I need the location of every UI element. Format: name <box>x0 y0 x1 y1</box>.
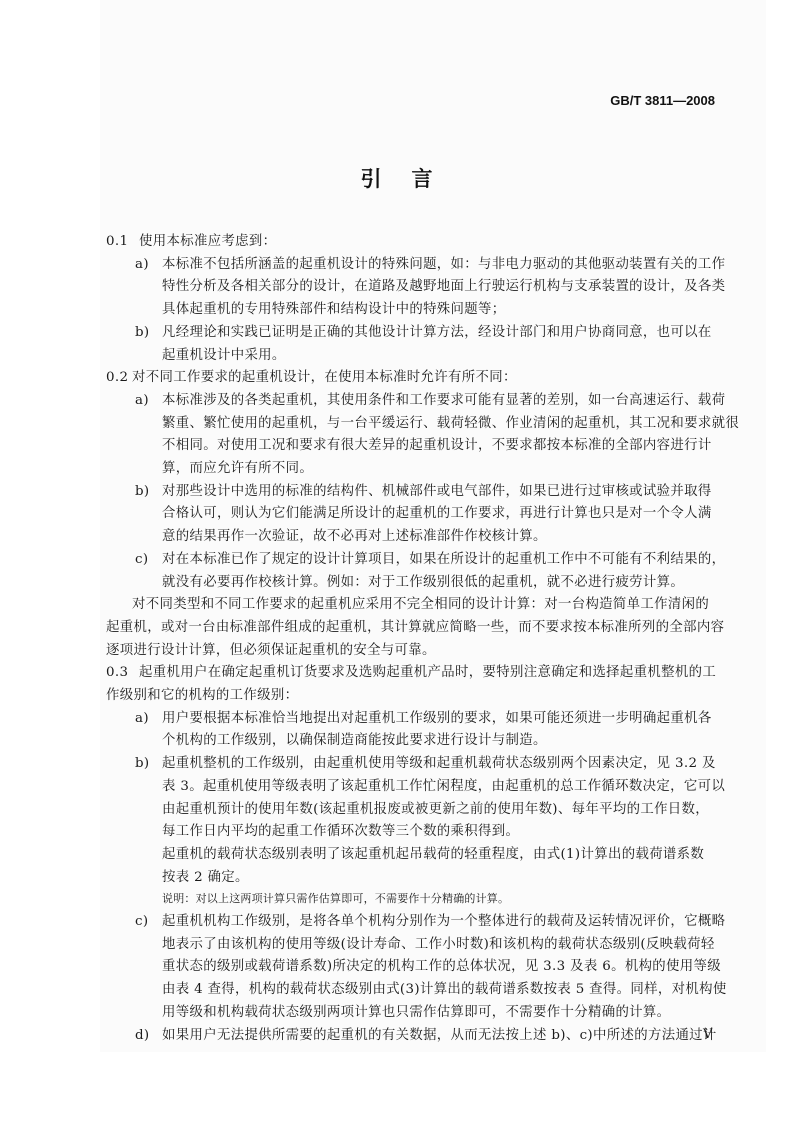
item-text: 重状态的级别或载荷谱系数)所决定的机构工作的总体状况，见 3.3 及表 6。机构… <box>162 956 721 979</box>
section-number: 0.3 <box>106 662 128 685</box>
item-text: 用户要根据本标准恰当地提出对起重机工作级别的要求，如果可能还须进一步明确起重机各 <box>162 708 712 731</box>
item-text: 由起重机预计的使用年数(该起重机报废或被更新之前的使用年数)、每年平均的工作日数… <box>162 799 709 822</box>
item-text: 每工作日内平均的起重工作循环次数等三个数的乘积得到。 <box>162 821 519 844</box>
item-text: 起重机机构工作级别，是将各单个机构分别作为一个整体进行的载荷及运转情况评价，它概… <box>162 911 725 934</box>
item-label: d) <box>135 1025 150 1048</box>
item-label: c) <box>135 549 148 572</box>
item-text: 不相同。对使用工况和要求有很大差异的起重机设计，不要求都按本标准的全部内容进行计 <box>162 435 712 458</box>
paragraph-text: 逐项进行设计计算，但必须保证起重机的安全与可靠。 <box>106 640 436 663</box>
item-text: 起重机设计中采用。 <box>162 345 286 368</box>
item-label: a) <box>135 708 149 731</box>
page-number: V <box>703 1027 712 1042</box>
title-char-2: 言 <box>412 163 433 193</box>
item-text: 用等级和机构载荷状态级别两项计算也只需作估算即可，不需要作十分精确的计算。 <box>162 1002 670 1025</box>
item-text: 特性分析及各相关部分的设计，在道路及越野地面上行驶运行机构与支承装置的设计，及各… <box>162 276 725 299</box>
standard-code: GB/T 3811—2008 <box>610 93 715 108</box>
section-number: 0.1 <box>106 231 128 254</box>
item-text: 如果用户无法提供所需要的起重机的有关数据，从而无法按上述 b)、c)中所述的方法… <box>162 1025 717 1048</box>
item-text: 地表示了由该机构的使用等级(设计寿命、工作小时数)和该机构的载荷状态级别(反映载… <box>162 934 715 957</box>
title-char-1: 引 <box>361 163 382 193</box>
item-text: 对在本标准已作了规定的设计计算项目，如果在所设计的起重机工作中不可能有不利结果的… <box>162 549 725 572</box>
page-title: 引言 <box>0 163 793 193</box>
item-text: 表 3。起重机使用等级表明了该起重机工作忙闲程度，由起重机的总工作循环数决定，它… <box>162 776 725 799</box>
item-text: 本标准涉及的各类起重机，其使用条件和工作要求可能有显著的差别，如一台高速运行、载… <box>162 390 725 413</box>
item-text: 起重机整机的工作级别，由起重机使用等级和起重机载荷状态级别两个因素决定，见 3.… <box>162 753 716 776</box>
item-label: b) <box>135 481 150 504</box>
section-heading: 起重机用户在确定起重机订货要求及选购起重机产品时，要特别注意确定和选择起重机整机… <box>139 662 716 685</box>
item-text: 合格认可，则认为它们能满足所设计的起重机的工作要求，再进行计算也只是对一个令人满 <box>162 503 712 526</box>
section-number: 0.2 <box>106 367 128 390</box>
item-text: 由表 4 查得，机构的载荷状态级别由式(3)计算出的载荷谱系数按表 5 查得。同… <box>162 979 727 1002</box>
item-label: b) <box>135 753 150 776</box>
item-label: a) <box>135 390 149 413</box>
item-label: c) <box>135 911 148 934</box>
item-text: 本标准不包括所涵盖的起重机设计的特殊问题，如：与非电力驱动的其他驱动装置有关的工… <box>162 254 725 277</box>
item-text: 算，而应允许有所不同。 <box>162 458 313 481</box>
paragraph-text: 起重机，或对一台由标准部件组成的起重机，其计算就应简略一些，而不要求按本标准所列… <box>106 617 724 640</box>
item-text: 对那些设计中选用的标准的结构件、机械部件或电气部件，如果已进行过审核或试验并取得 <box>162 481 712 504</box>
section-heading: 作级别和它的机构的工作级别： <box>106 685 298 708</box>
paragraph-text: 对不同类型和不同工作要求的起重机应采用不完全相同的设计计算：对一台构造简单工作清… <box>132 594 709 617</box>
note-text: 说明：对以上这两项计算只需作估算即可，不需要作十分精确的计算。 <box>162 888 509 911</box>
item-text: 具体起重机的专用特殊部件和结构设计中的特殊问题等； <box>162 299 506 322</box>
item-text: 按表 2 确定。 <box>162 867 249 890</box>
section-heading: 使用本标准应考虑到： <box>139 231 276 254</box>
item-label: b) <box>135 322 150 345</box>
item-text: 凡经理论和实践已证明是正确的其他设计计算方法，经设计部门和用户协商同意，也可以在 <box>162 322 712 345</box>
item-text: 意的结果再作一次验证，故不必再对上述标准部件作校核计算。 <box>162 526 547 549</box>
item-text: 起重机的载荷状态级别表明了该起重机起吊载荷的轻重程度，由式(1)计算出的载荷谱系… <box>162 844 704 867</box>
item-text: 个机构的工作级别，以确保制造商能按此要求进行设计与制造。 <box>162 730 547 753</box>
item-text: 繁重、繁忙使用的起重机，与一台平缓运行、载荷轻微、作业清闲的起重机，其工况和要求… <box>162 413 739 436</box>
item-text: 就没有必要再作校核计算。例如：对于工作级别很低的起重机，就不必进行疲劳计算。 <box>162 572 684 595</box>
section-heading: 对不同工作要求的起重机设计，在使用本标准时允许有所不同： <box>132 367 517 390</box>
item-label: a) <box>135 254 149 277</box>
